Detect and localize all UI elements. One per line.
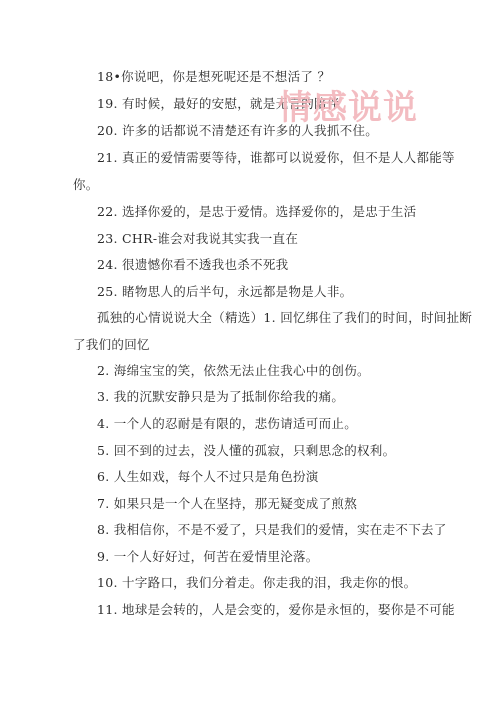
text-line-continuation: 你。 [73, 177, 99, 193]
text-line: 10. 十字路口，我们分着走。你走我的泪，我走你的恨。 [97, 575, 416, 591]
text-line: 11. 地球是会转的，人是会变的，爱你是永恒的，娶你是不可能 [97, 602, 455, 618]
text-line: 2. 海绵宝宝的笑，依然无法止住我心中的创伤。 [97, 363, 370, 379]
text-line: 6. 人生如戏，每个人不过只是角色扮演 [97, 469, 319, 485]
text-line: 24. 很遗憾你看不透我也杀不死我 [97, 257, 288, 273]
text-line-continuation: 了我们的回忆 [73, 337, 150, 353]
watermark-logo: 情感说说 [278, 80, 418, 129]
text-line: 8. 我相信你，不是不爱了，只是我们的爱情，实在走不下去了 [97, 522, 447, 538]
text-line: 孤独的心情说说大全（精选）1. 回忆绑住了我们的时间，时间扯断 [97, 310, 472, 326]
document-page: 18•你说吧，你是想死呢还是不想活了 ？19. 有时候，最好的安慰，就是无言的陪… [0, 0, 500, 708]
text-line: 3. 我的沉默安静只是为了抵制你给我的痛。 [97, 389, 344, 405]
text-line: 9. 一个人好好过，何苦在爱情里沦落。 [97, 549, 319, 565]
text-line: 23. CHR-谁会对我说其实我一直在 [97, 231, 298, 247]
text-line: 25. 睹物思人的后半句，永远都是物是人非。 [97, 284, 352, 300]
text-line: 22. 选择你爱的，是忠于爱情。选择爱你的，是忠于生活 [97, 204, 416, 220]
text-line: 7. 如果只是一个人在坚持，那无疑变成了煎熬 [97, 496, 357, 512]
text-line: 4. 一个人的忍耐是有限的，悲伤请适可而止。 [97, 416, 357, 432]
text-line: 21. 真正的爱情需要等待，谁都可以说爱你，但不是人人都能等 [97, 150, 455, 166]
text-line: 5. 回不到的过去，没人懂的孤寂，只剩思念的权利。 [97, 443, 395, 459]
